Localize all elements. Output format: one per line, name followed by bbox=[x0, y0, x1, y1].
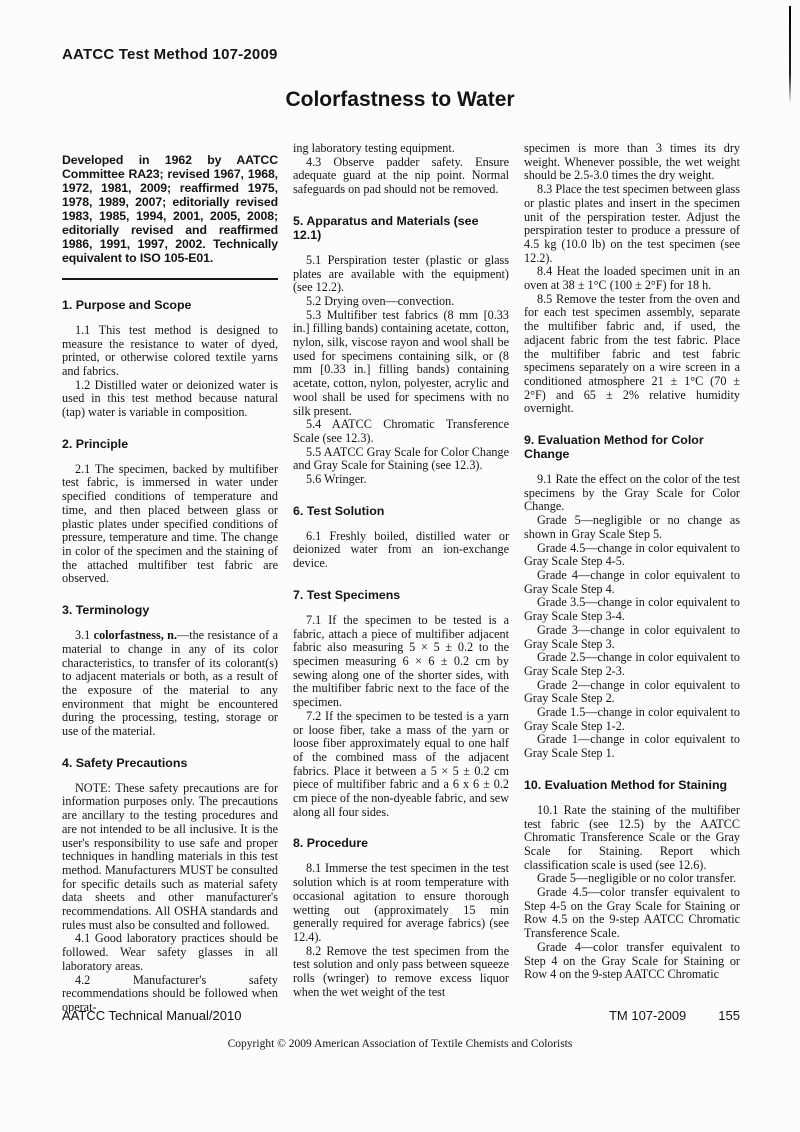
paragraph-5-5: 5.5 AATCC Gray Scale for Color Change an… bbox=[293, 446, 509, 473]
paragraph-5-3: 5.3 Multifiber test fabrics (8 mm [0.33 … bbox=[293, 309, 509, 419]
page-footer: AATCC Technical Manual/2010 TM 107-20091… bbox=[62, 1008, 740, 1023]
paragraph-1-1: 1.1 This test method is designed to meas… bbox=[62, 324, 278, 379]
column-2: ing laboratory testing equipment. 4.3 Ob… bbox=[293, 142, 509, 1015]
section-heading-7: 7. Test Specimens bbox=[293, 588, 509, 602]
paragraph-7-2: 7.2 If the specimen to be tested is a ya… bbox=[293, 710, 509, 820]
paragraph-4-1: 4.1 Good laboratory practices should be … bbox=[62, 932, 278, 973]
section-heading-4: 4. Safety Precautions bbox=[62, 756, 278, 770]
three-column-body: Developed in 1962 by AATCC Committee RA2… bbox=[62, 142, 740, 1015]
section-heading-9: 9. Evaluation Method for Color Change bbox=[524, 433, 740, 461]
section-heading-3: 3. Terminology bbox=[62, 603, 278, 617]
section-heading-6: 6. Test Solution bbox=[293, 504, 509, 518]
history-paragraph: Developed in 1962 by AATCC Committee RA2… bbox=[62, 154, 278, 265]
grade-5-color-change: Grade 5—negligible or no change as shown… bbox=[524, 514, 740, 541]
column-3: specimen is more than 3 times its dry we… bbox=[524, 142, 740, 1015]
paragraph-8-1: 8.1 Immerse the test specimen in the tes… bbox=[293, 862, 509, 944]
grade-4-color-change: Grade 4—change in color equivalent to Gr… bbox=[524, 569, 740, 596]
paragraph-8-3: 8.3 Place the test specimen between glas… bbox=[524, 183, 740, 265]
paragraph-8-2: 8.2 Remove the test specimen from the te… bbox=[293, 945, 509, 1000]
grade-4-5-color-change: Grade 4.5—change in color equivalent to … bbox=[524, 542, 740, 569]
paragraph-4-note: NOTE: These safety precautions are for i… bbox=[62, 782, 278, 933]
grade-1-color-change: Grade 1—change in color equivalent to Gr… bbox=[524, 733, 740, 760]
paragraph-5-1: 5.1 Perspiration tester (plastic or glas… bbox=[293, 254, 509, 295]
section-heading-2: 2. Principle bbox=[62, 437, 278, 451]
grade-4-5-staining: Grade 4.5—color transfer equivalent to S… bbox=[524, 886, 740, 941]
page-title: Colorfastness to Water bbox=[0, 88, 800, 112]
paragraph-5-4: 5.4 AATCC Chromatic Transference Scale (… bbox=[293, 418, 509, 445]
section-heading-10: 10. Evaluation Method for Staining bbox=[524, 778, 740, 792]
copyright-line: Copyright © 2009 American Association of… bbox=[0, 1038, 800, 1050]
paragraph-10-1: 10.1 Rate the staining of the multifiber… bbox=[524, 804, 740, 873]
page-number: 155 bbox=[718, 1008, 740, 1023]
section-heading-8: 8. Procedure bbox=[293, 836, 509, 850]
paragraph-8-2-continued: specimen is more than 3 times its dry we… bbox=[524, 142, 740, 183]
footer-manual-label: AATCC Technical Manual/2010 bbox=[62, 1008, 241, 1023]
paragraph-5-6: 5.6 Wringer. bbox=[293, 473, 509, 487]
footer-method-ref: TM 107-2009155 bbox=[609, 1008, 740, 1023]
paragraph-7-1: 7.1 If the specimen to be tested is a fa… bbox=[293, 614, 509, 710]
grade-1-5-color-change: Grade 1.5—change in color equivalent to … bbox=[524, 706, 740, 733]
footer-tm-number: TM 107-2009 bbox=[609, 1008, 686, 1023]
grade-3-5-color-change: Grade 3.5—change in color equivalent to … bbox=[524, 596, 740, 623]
column-1: Developed in 1962 by AATCC Committee RA2… bbox=[62, 142, 278, 1015]
paragraph-8-5: 8.5 Remove the tester from the oven and … bbox=[524, 293, 740, 416]
section-divider-rule bbox=[62, 278, 278, 280]
grade-3-color-change: Grade 3—change in color equivalent to Gr… bbox=[524, 624, 740, 651]
grade-5-staining: Grade 5—negligible or no color transfer. bbox=[524, 872, 740, 886]
paragraph-8-4: 8.4 Heat the loaded specimen unit in an … bbox=[524, 265, 740, 292]
defined-term: colorfastness, n. bbox=[94, 628, 177, 642]
paragraph-5-2: 5.2 Drying oven—convection. bbox=[293, 295, 509, 309]
scan-artifact-line bbox=[789, 6, 791, 104]
paragraph-9-1: 9.1 Rate the effect on the color of the … bbox=[524, 473, 740, 514]
paragraph-3-1-text: —the resistance of a material to change … bbox=[62, 628, 278, 738]
grade-4-staining: Grade 4—color transfer equivalent to Ste… bbox=[524, 941, 740, 982]
paragraph-6-1: 6.1 Freshly boiled, distilled water or d… bbox=[293, 530, 509, 571]
section-heading-5: 5. Apparatus and Materials (see 12.1) bbox=[293, 214, 509, 242]
grade-2-color-change: Grade 2—change in color equivalent to Gr… bbox=[524, 679, 740, 706]
paragraph-4-3: 4.3 Observe padder safety. Ensure adequa… bbox=[293, 156, 509, 197]
grade-2-5-color-change: Grade 2.5—change in color equivalent to … bbox=[524, 651, 740, 678]
paragraph-3-1: 3.1 colorfastness, n.—the resistance of … bbox=[62, 629, 278, 739]
document-page: AATCC Test Method 107-2009 Colorfastness… bbox=[0, 0, 800, 1132]
document-header: AATCC Test Method 107-2009 bbox=[62, 46, 278, 63]
paragraph-3-1-number: 3.1 bbox=[75, 628, 94, 642]
section-heading-1: 1. Purpose and Scope bbox=[62, 298, 278, 312]
paragraph-4-2-continued: ing laboratory testing equipment. bbox=[293, 142, 509, 156]
paragraph-1-2: 1.2 Distilled water or deionized water i… bbox=[62, 379, 278, 420]
paragraph-2-1: 2.1 The specimen, backed by multifiber t… bbox=[62, 463, 278, 586]
